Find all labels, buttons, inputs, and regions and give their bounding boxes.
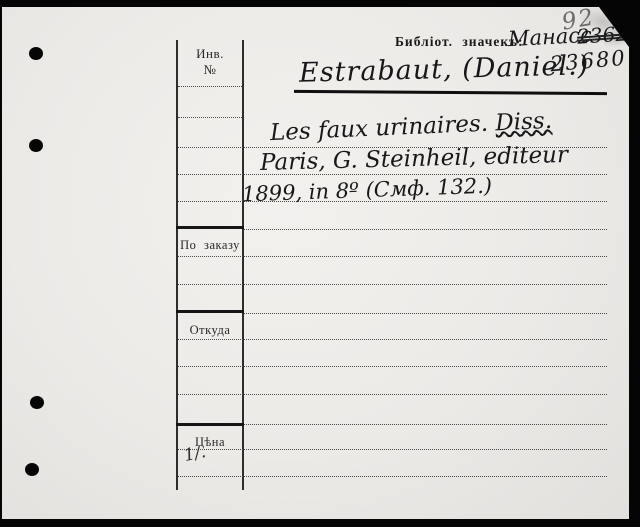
ruled-line [244, 313, 607, 314]
hole-punch-dot [29, 139, 43, 152]
imprint-line: Paris, G. Steinheil, editeur [260, 143, 569, 176]
origin-label: Откуда [176, 323, 244, 338]
hole-punch-dot [25, 463, 39, 476]
ruled-line [178, 476, 607, 477]
ruled-line [244, 424, 607, 425]
ruled-line [178, 339, 607, 340]
title-text: Les faux urinaires. [270, 111, 489, 146]
ruled-line [178, 394, 607, 395]
inventory-label-line1: Инв. [176, 46, 244, 62]
ruled-line [178, 174, 607, 175]
order-label: По заказу [176, 238, 244, 253]
ruled-line [244, 229, 607, 230]
ruled-line [178, 86, 242, 87]
ruled-line [178, 117, 242, 118]
section-divider [176, 310, 244, 313]
hole-punch-dot [29, 47, 43, 60]
inventory-number-symbol: № [176, 62, 244, 78]
ruled-line [178, 366, 607, 367]
inventory-label: Инв. № [176, 46, 244, 78]
section-divider [176, 423, 244, 426]
ruled-line [178, 284, 607, 285]
hole-punch-dot [30, 396, 44, 409]
title-line: Les faux urinaires. Diss. [270, 109, 553, 147]
corner-cut [599, 7, 629, 47]
section-divider [176, 226, 244, 229]
author-heading: Estrabaut, (Daniel.) [299, 51, 590, 88]
ruled-line [178, 256, 607, 257]
price-value: 1/. [182, 443, 207, 466]
card-paper: Инв. № По заказу Откуда Цѣна 1/. 92 Библ… [2, 7, 629, 519]
library-stamp-label: Библіот. значекъ: [395, 34, 524, 50]
author-underline [294, 90, 607, 95]
dissertation-mark: Diss. [495, 108, 553, 136]
scanned-catalog-card: { "meta": { "corner_number": "92" }, "st… [0, 0, 640, 527]
